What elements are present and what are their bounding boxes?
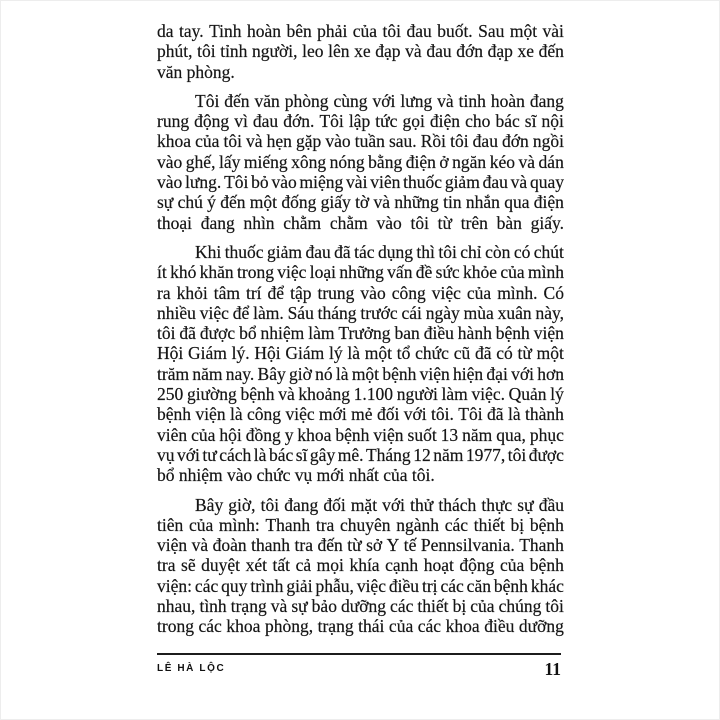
- footer-author: LÊ HÀ LỘC: [157, 658, 225, 674]
- text-line: Tôiđếnvănphòngcùngvớilưngvàtinhhoànđang: [157, 91, 564, 111]
- text-line: trongcáckhoaphòng,trạngtháicủacáckhoađiề…: [157, 616, 564, 636]
- text-line: viêncủahộiđồngykhoabệnhviệnsuốt13nămqua,…: [157, 425, 564, 445]
- text-line: vụvớitưcáchlàbácsĩgâymê.Tháng12năm1977,t…: [157, 445, 564, 465]
- text-line: Khithuốcgiảmđauđãtácdụngthìtôichỉcòncóch…: [157, 242, 564, 262]
- text-line: khoacủatôivàhẹngặpvàotuầnsau.Rồitôiđauđớ…: [157, 131, 564, 151]
- text-line: trămnămnay.Bâygiờnólàmộtbệnhviệnhiệnđạiv…: [157, 364, 564, 384]
- text-line: vàoghế,lấymiếngxôngnóngbằngđiệnởngănkéov…: [157, 152, 564, 172]
- text-line: văn phòng.: [157, 62, 564, 82]
- text-line: nhau,tìnhtrạngvàsựbảodưỡngcácthiếtbịcủac…: [157, 596, 564, 616]
- text-line: tôiđãđượcbổnhiệmlàmTrưởngbanđiềuhànhbệnh…: [157, 323, 564, 343]
- text-line: bệnhviệnlàcôngviệcmớimẻđốivớitôi.Tôiđãlà…: [157, 404, 564, 424]
- text-line: rungđộngvìđauđớn.Tôilậptứcgọiđiệnchobács…: [157, 111, 564, 131]
- text-line: bổ nhiệm vào chức vụ mới nhất của tôi.: [157, 465, 564, 485]
- book-page: datay.Tinhhoànbênphảicủatôiđaubuốt.Saumộ…: [0, 0, 720, 720]
- text-block: datay.Tinhhoànbênphảicủatôiđaubuốt.Saumộ…: [157, 21, 564, 646]
- text-line: nhiềuviệcđểlàm.Sáuthángtrướccáingàymùaxu…: [157, 303, 564, 323]
- text-line: tiêncủamình:Thanhtrachuyênngànhcácthiếtb…: [157, 515, 564, 535]
- text-line: Bâygiờ,tôiđangđốimặtvớithửtháchthựcsựđầu: [157, 495, 564, 515]
- paragraph: Khithuốcgiảmđauđãtácdụngthìtôichỉcòncóch…: [157, 242, 564, 486]
- text-line: việnvàđoànthanhtrađếntừsởYtếPennsilvania…: [157, 535, 564, 555]
- paragraph: Tôiđếnvănphòngcùngvớilưngvàtinhhoànđangr…: [157, 91, 564, 233]
- text-line: 250giườngbệnhvàkhoảng1.100ngườilàmviệc.Q…: [157, 384, 564, 404]
- paragraph: Bâygiờ,tôiđangđốimặtvớithửtháchthựcsựđầu…: [157, 495, 564, 637]
- text-line: viện:cácquytrìnhgiảiphẫu,việcđiềutrịcácc…: [157, 576, 564, 596]
- text-line: datay.Tinhhoànbênphảicủatôiđaubuốt.Saumộ…: [157, 21, 564, 41]
- page-footer: LÊ HÀ LỘC 11: [157, 658, 561, 680]
- text-line: rakhỏitâmtríđểtậptrungvàocôngviệccủamình…: [157, 283, 564, 303]
- text-line: trasẽduyệtxéttấtcảmọikhíacạnhhoạtđộngcủa…: [157, 555, 564, 575]
- text-line: sựchúýđếnmộtđốnggiấytờvànhữngtinnhắnquađ…: [157, 192, 564, 212]
- text-line: phút,tôitỉnhngười,leolênxeđạpvàđauđớnđạp…: [157, 41, 564, 61]
- text-line: thoạiđangnhìnchằmchằmvàotôitừtrênbàngiấy…: [157, 213, 564, 233]
- text-line: ítkhókhăntrongviệcloạinhữngvấnđềsứckhỏec…: [157, 262, 564, 282]
- paragraph: datay.Tinhhoànbênphảicủatôiđaubuốt.Saumộ…: [157, 21, 564, 82]
- text-line: vàolưng.Tôibỏvàomiệngvàiviênthuốcgiảmđau…: [157, 172, 564, 192]
- text-line: HộiGiámlý.HộiGiámlýlàmộttổchứccũđãcótừmộ…: [157, 343, 564, 363]
- footer-rule: [157, 653, 561, 655]
- footer-page-number: 11: [544, 658, 561, 680]
